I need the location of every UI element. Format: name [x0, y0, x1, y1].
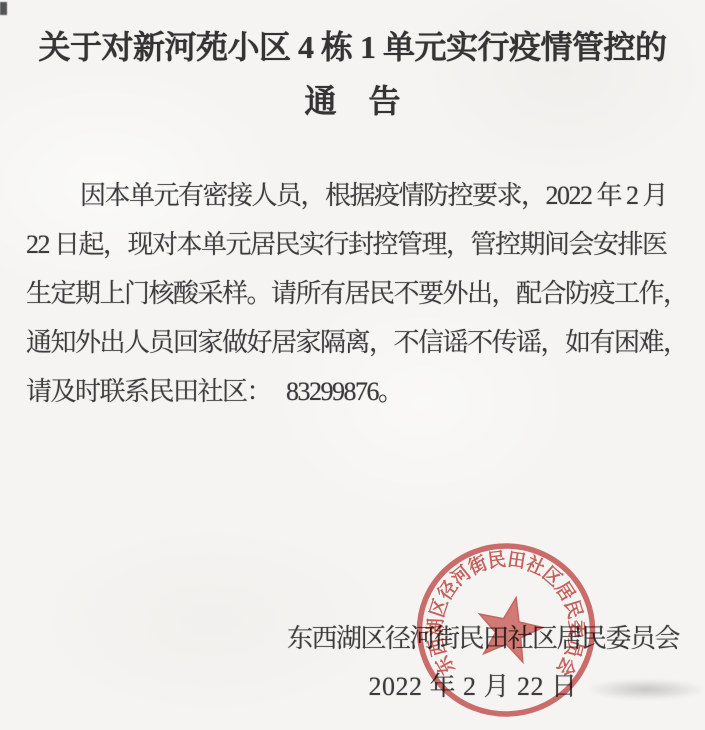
- notice-body: 因本单元有密接人员，根据疫情防控要求，2022 年 2 月 22 日起，现对本单…: [26, 174, 683, 419]
- notice-title-line2: 通 告: [0, 76, 705, 122]
- corner-artifact: [0, 2, 7, 15]
- body-line: 生定期上门核酸采样。请所有居民不要外出，配合防疫工作，: [26, 272, 683, 321]
- body-line: 请及时联系民田社区： 83299876。: [26, 370, 683, 419]
- official-seal: 东西湖区径河街民田社区居民委员会: [413, 542, 599, 722]
- body-line: 通知外出人员回家做好居家隔离，不信谣不传谣，如有困难，: [26, 321, 683, 370]
- seal-star-icon: [472, 591, 548, 665]
- notice-title-line1: 关于对新河苑小区 4 栋 1 单元实行疫情管控的: [0, 22, 705, 68]
- notice-document: 关于对新河苑小区 4 栋 1 单元实行疫情管控的 通 告 因本单元有密接人员，根…: [0, 0, 705, 730]
- ink-smudge: [588, 679, 704, 700]
- body-line: 因本单元有密接人员，根据疫情防控要求，2022 年 2 月: [26, 174, 683, 223]
- body-line: 22 日起，现对本单元居民实行封控管理，管控期间会安排医: [26, 223, 683, 272]
